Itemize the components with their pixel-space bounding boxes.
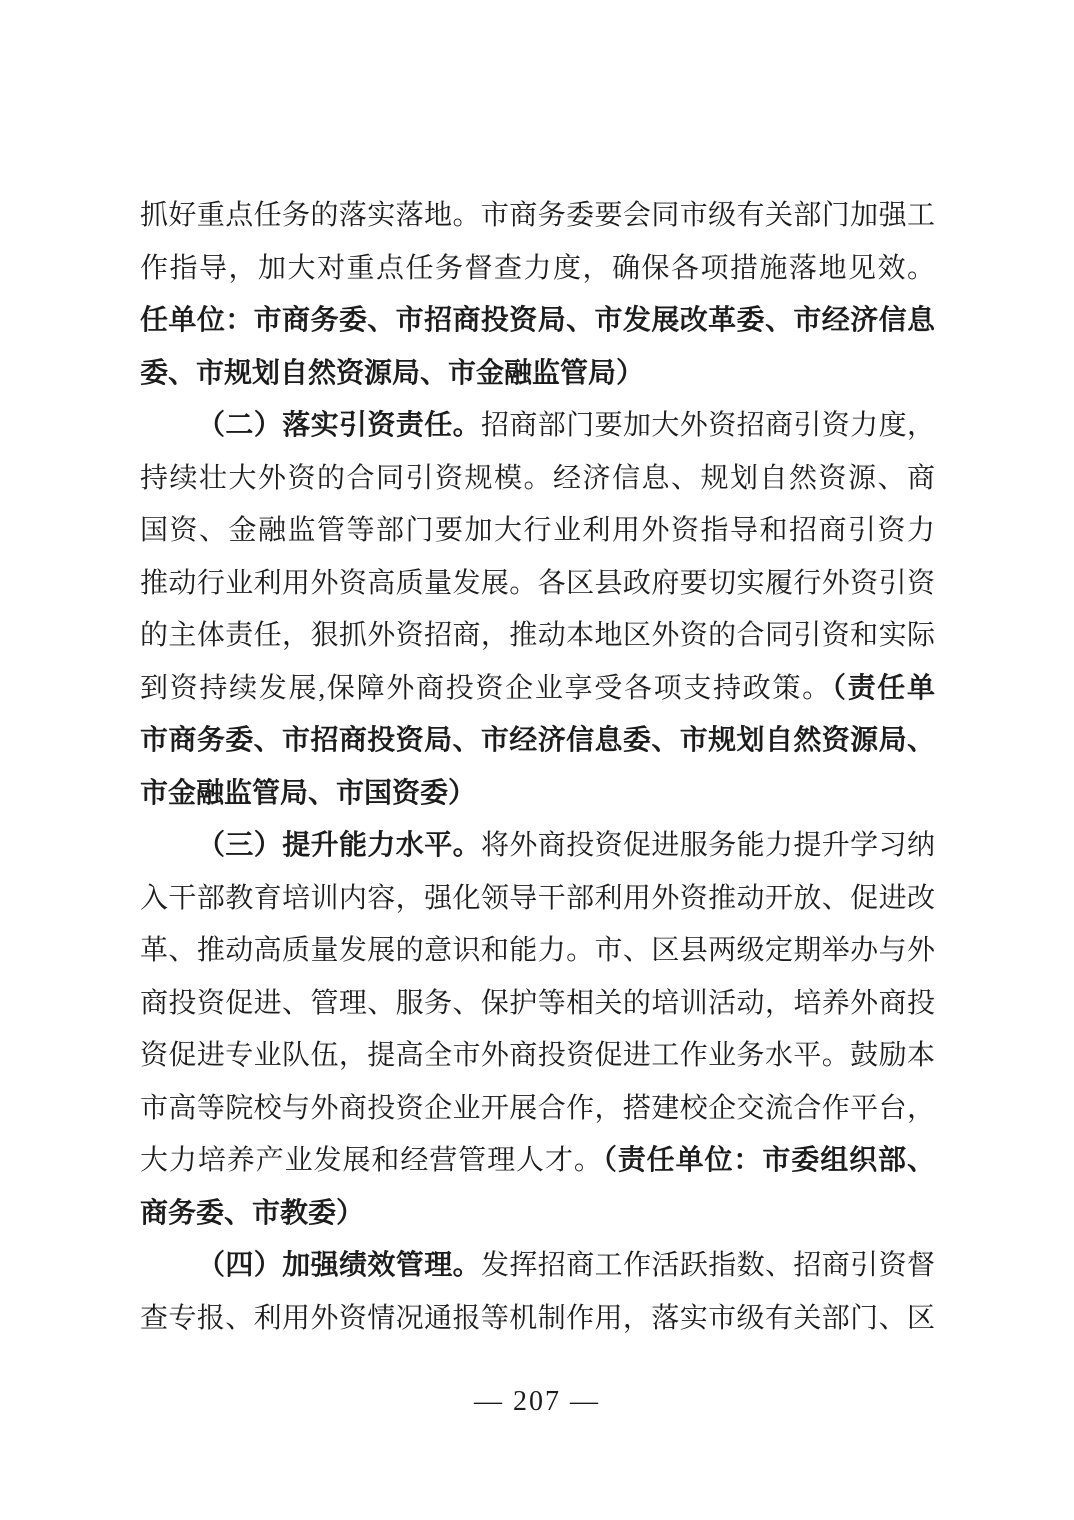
text-run: 国资、金融监管等部门要加大行业利用外资指导和招商引资力度， [140,515,935,558]
text-line: 革、推动高质量发展的意识和能力。市、区县两级定期举办与外 [140,925,935,978]
text-run: 作指导，加大对重点任务督查力度，确保各项措施落地见效。 [140,253,935,284]
text-line: （四）加强绩效管理。发挥招商工作活跃指数、招商引资督 [140,1240,935,1293]
text-line: 资促进专业队伍，提高全市外商投资促进工作业务水平。鼓励本 [140,1030,935,1083]
text-line: 任单位：市商务委、市招商投资局、市发展改革委、市经济信息 [140,295,935,348]
text-run: 入干部教育培训内容，强化领导干部利用外资推动开放、促进改 [140,883,935,914]
emphasis-text-run: （三）提升能力水平。 [197,830,481,861]
text-run: 推动行业利用外资高质量发展。各区县政府要切实履行外资引资 [140,568,935,599]
text-line: 市高等院校与外商投资企业开展合作，搭建校企交流合作平台， [140,1083,935,1136]
text-line: 大力培养产业发展和经营管理人才。（责任单位：市委组织部、市 [140,1135,935,1188]
text-line: 的主体责任，狠抓外资招商，推动本地区外资的合同引资和实际 [140,610,935,663]
text-line: 委、市规划自然资源局、市金融监管局） [140,348,935,401]
text-line: 作指导，加大对重点任务督查力度，确保各项措施落地见效。（责 [140,243,935,296]
text-line: 到资持续发展,保障外商投资企业享受各项支持政策。（责任单位： [140,663,935,716]
emphasis-text-run: 任单位：市商务委、市招商投资局、市发展改革委、市经济信息 [140,305,935,336]
text-line: 持续壮大外资的合同引资规模。经济信息、规划自然资源、商务、 [140,453,935,506]
emphasis-text-run: （二）落实引资责任。 [197,410,481,441]
text-run: 持续壮大外资的合同引资规模。经济信息、规划自然资源、商务、 [140,463,935,506]
text-line: 市商务委、市招商投资局、市经济信息委、市规划自然资源局、 [140,715,935,768]
text-line: （二）落实引资责任。招商部门要加大外资招商引资力度， [140,400,935,453]
text-line: 入干部教育培训内容，强化领导干部利用外资推动开放、促进改 [140,873,935,926]
text-run: 查专报、利用外资情况通报等机制作用，落实市级有关部门、区 [140,1303,935,1334]
emphasis-text-run: 商务委、市教委） [140,1198,364,1229]
text-line: 商投资促进、管理、服务、保护等相关的培训活动，培养外商投 [140,978,935,1031]
emphasis-text-run: （四）加强绩效管理。 [197,1250,481,1281]
text-line: 商务委、市教委） [140,1188,935,1241]
text-line: 国资、金融监管等部门要加大行业利用外资指导和招商引资力度， [140,505,935,558]
text-line: 抓好重点任务的落实落地。市商务委要会同市级有关部门加强工 [140,190,935,243]
text-block: 抓好重点任务的落实落地。市商务委要会同市级有关部门加强工作指导，加大对重点任务督… [140,190,935,1345]
text-run: 招商部门要加大外资招商引资力度， [481,410,935,441]
text-run: 大力培养产业发展和经营管理人才。 [140,1145,603,1176]
emphasis-text-run: 市商务委、市招商投资局、市经济信息委、市规划自然资源局、 [140,725,935,756]
text-run: 革、推动高质量发展的意识和能力。市、区县两级定期举办与外 [140,935,935,966]
text-run: 资促进专业队伍，提高全市外商投资促进工作业务水平。鼓励本 [140,1040,935,1071]
text-line: 推动行业利用外资高质量发展。各区县政府要切实履行外资引资 [140,558,935,611]
text-line: 市金融监管局、市国资委） [140,768,935,821]
text-run: 到资持续发展,保障外商投资企业享受各项支持政策。 [140,673,832,704]
text-run: 抓好重点任务的落实落地。市商务委要会同市级有关部门加强工 [140,200,935,231]
page-number: — 207 — [0,1382,1074,1422]
emphasis-text-run: 委、市规划自然资源局、市金融监管局） [140,358,644,389]
text-line: （三）提升能力水平。将外商投资促进服务能力提升学习纳 [140,820,935,873]
text-run: 市高等院校与外商投资企业开展合作，搭建校企交流合作平台， [140,1093,935,1124]
document-page: 抓好重点任务的落实落地。市商务委要会同市级有关部门加强工作指导，加大对重点任务督… [0,0,1074,1520]
text-run: 发挥招商工作活跃指数、招商引资督 [481,1250,935,1281]
text-run: 的主体责任，狠抓外资招商，推动本地区外资的合同引资和实际 [140,620,935,651]
text-run: 商投资促进、管理、服务、保护等相关的培训活动，培养外商投 [140,988,935,1019]
text-line: 查专报、利用外资情况通报等机制作用，落实市级有关部门、区 [140,1293,935,1346]
text-run: 将外商投资促进服务能力提升学习纳 [481,830,935,861]
emphasis-text-run: 市金融监管局、市国资委） [140,778,476,809]
